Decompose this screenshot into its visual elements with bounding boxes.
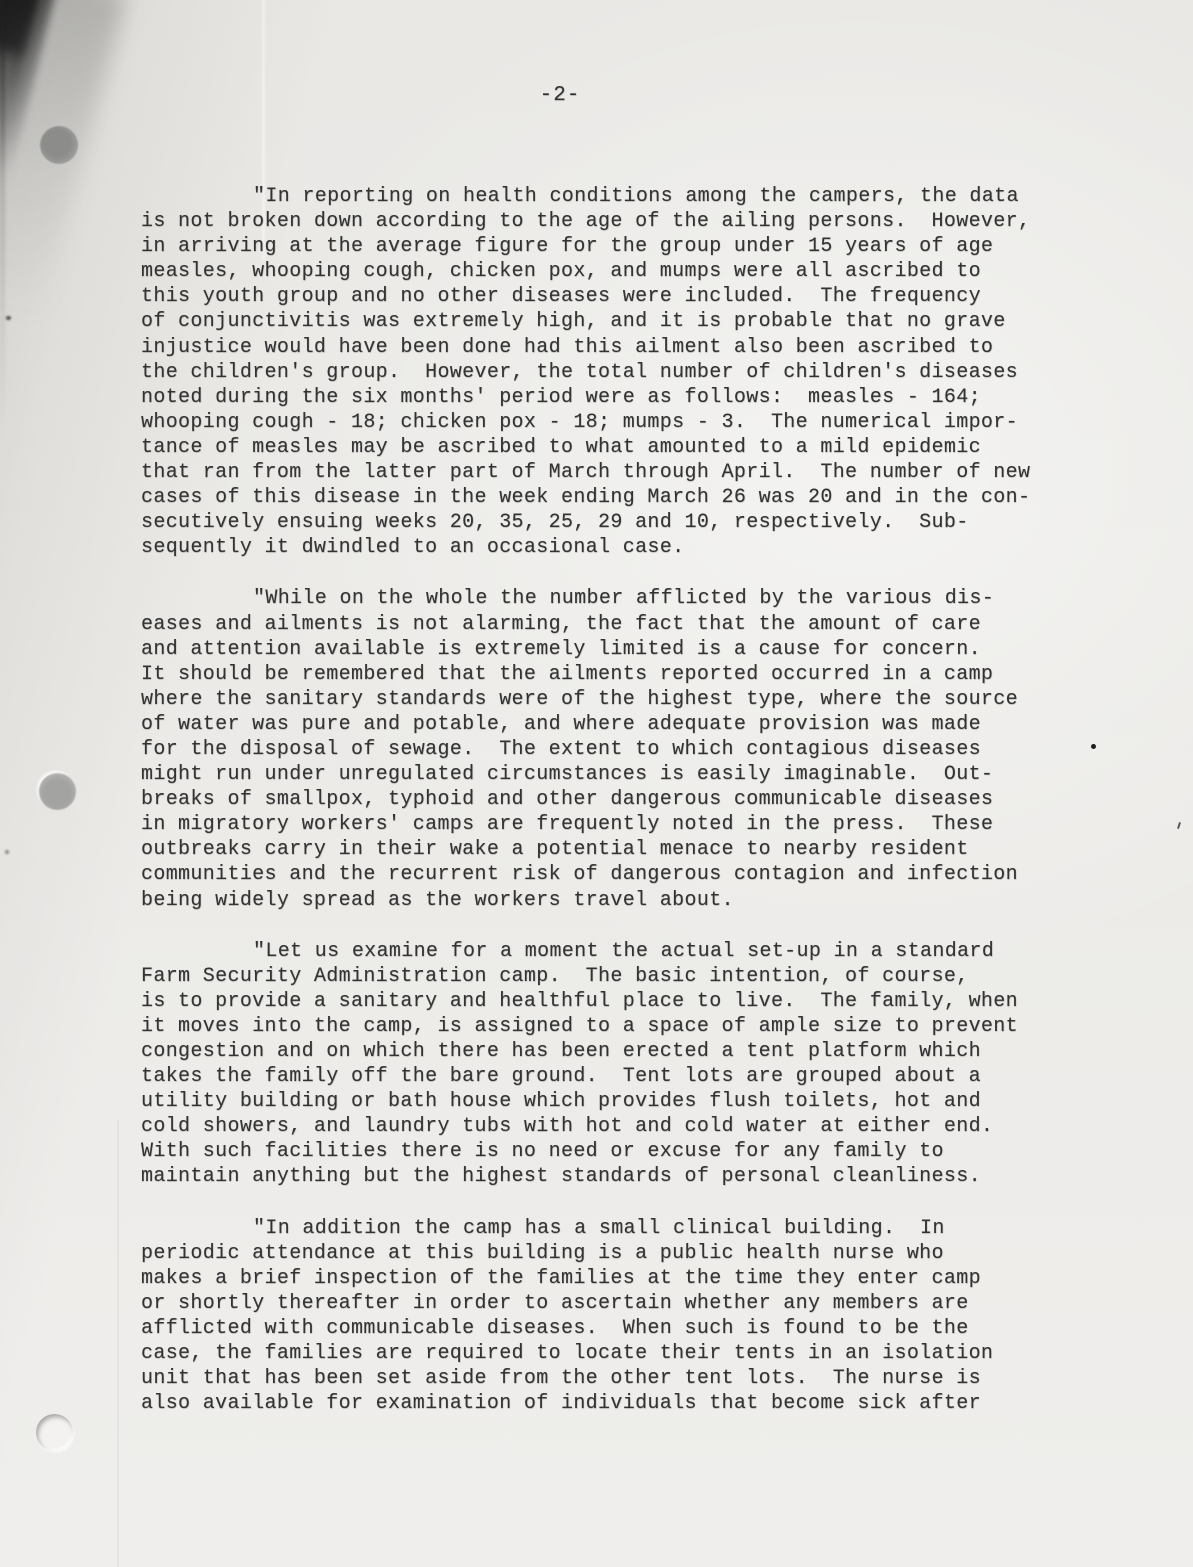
paper-crease [117,1120,119,1567]
page-number: -2- [500,84,620,107]
document-body: "In reporting on health conditions among… [141,184,1061,1442]
punch-hole-bottom [36,1414,73,1451]
scan-speck [1177,822,1181,829]
paragraph-camp-setup: "Let us examine for a moment the actual … [141,939,1061,1190]
paragraph-health-data: "In reporting on health conditions among… [141,184,1061,560]
paragraph-care-concern: "While on the whole the number afflicted… [141,586,1061,912]
scanned-document-page: -2- "In reporting on health conditions a… [0,0,1193,1567]
paragraph-clinical-building: "In addition the camp has a small clinic… [141,1216,1061,1417]
scan-edge-shadow [0,0,5,430]
scan-speck [5,850,9,854]
punch-hole-top [40,126,78,164]
scan-speck [1091,744,1096,749]
punch-hole-middle [39,773,76,810]
scan-speck [6,316,11,320]
